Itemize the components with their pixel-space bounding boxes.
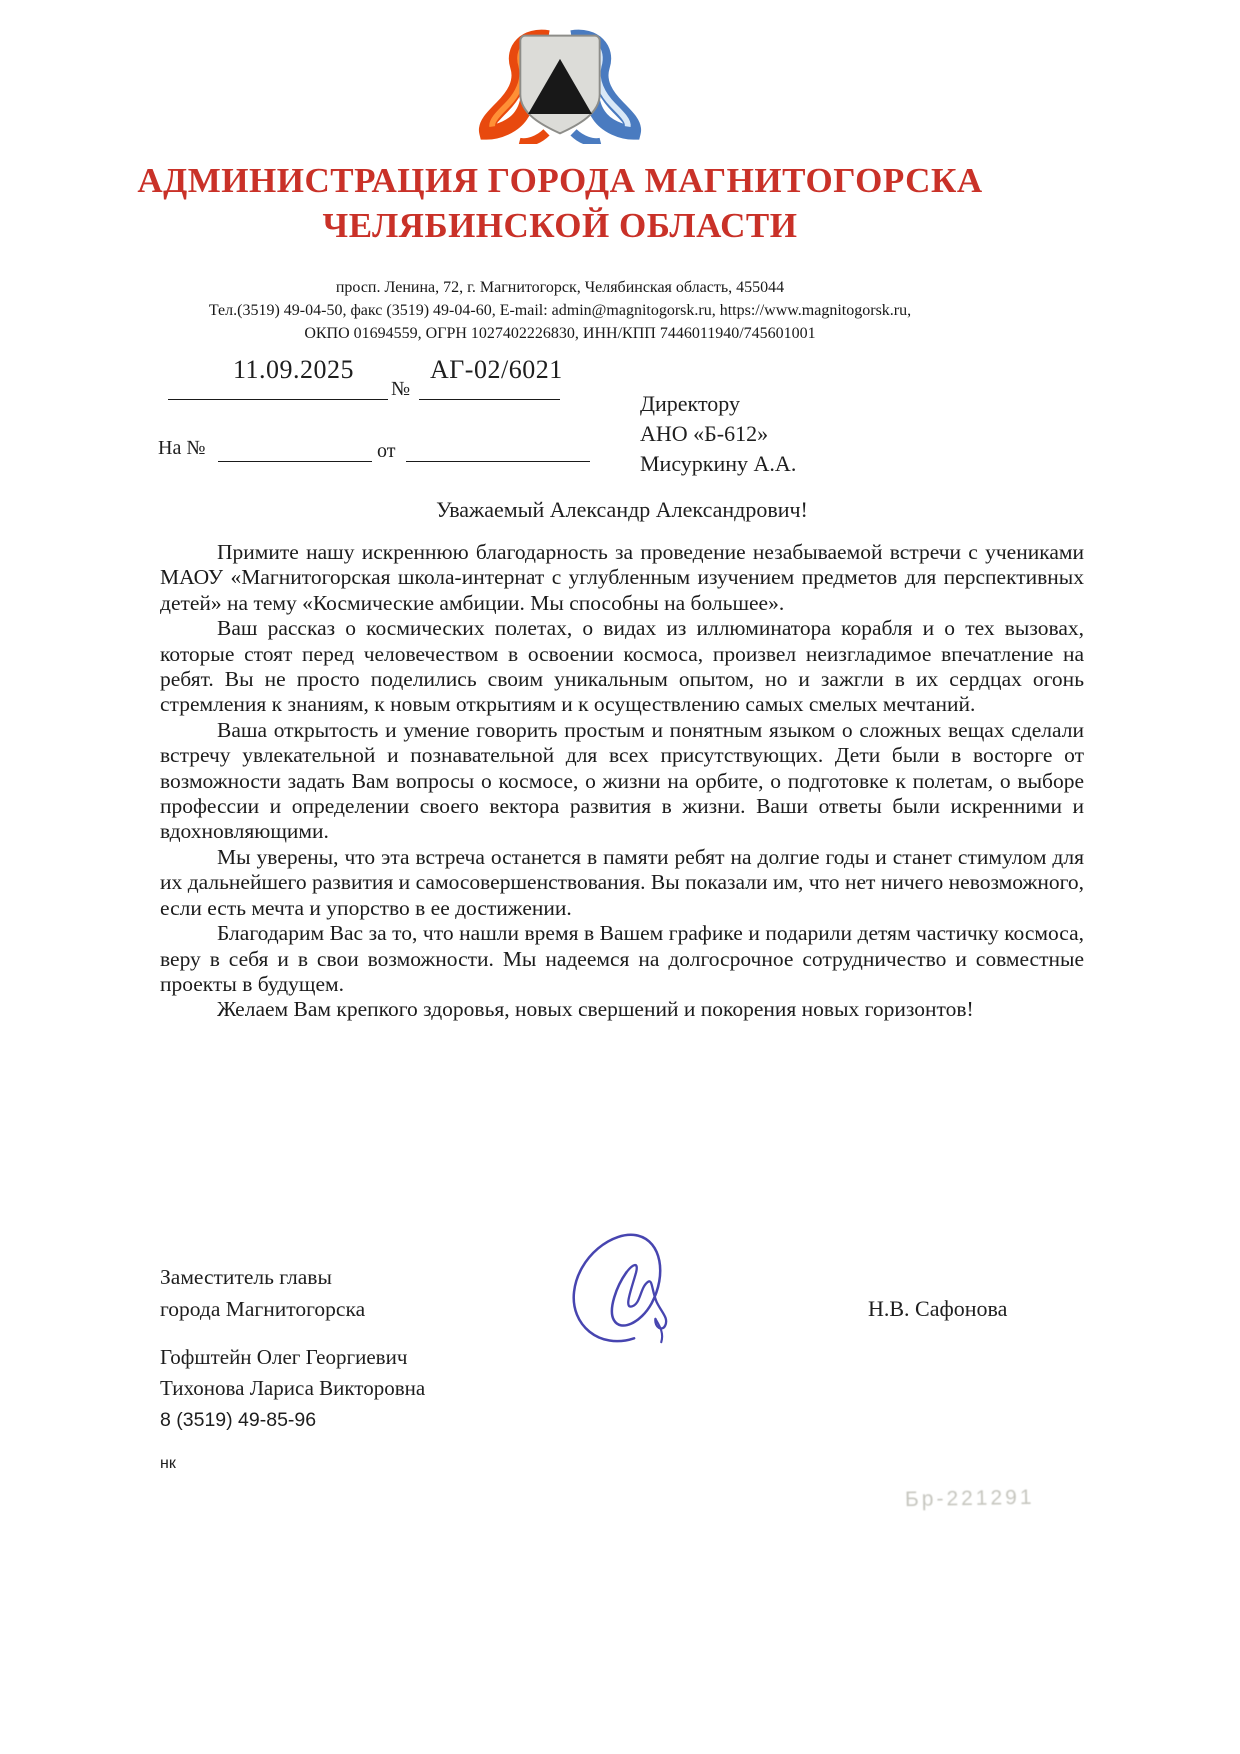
handwritten-signature [545,1222,700,1353]
scan-stamp-mark: Бр-221291 [905,1486,1035,1512]
addressee-name: Мисуркину А.А. [640,449,796,479]
salutation: Уважаемый Александр Александрович! [160,497,1084,523]
letter-date: 11.09.2025 [233,355,354,385]
signer-name: Н.В. Сафонова [868,1296,1007,1322]
coat-of-arms-icon [460,24,660,144]
signature-ink-icon [545,1222,700,1348]
reply-from-label: от [377,440,395,463]
org-info: просп. Ленина, 72, г. Магнитогорск, Челя… [0,276,1120,345]
body-paragraph: Примите нашу искреннюю благодарность за … [160,540,1084,616]
letter-number: АГ-02/6021 [430,355,563,385]
org-name-line2: ЧЕЛЯБИНСКОЙ ОБЛАСТИ [0,203,1120,248]
numero-sign: № [391,378,410,401]
clerk-initials: нк [160,1449,425,1480]
letter-page: АДМИНИСТРАЦИЯ ГОРОДА МАГНИТОГОРСКА ЧЕЛЯБ… [0,0,1240,1754]
reply-to-label: На № [158,437,205,460]
executor-phone: 8 (3519) 49-85-96 [160,1405,425,1436]
body-paragraph: Благодарим Вас за то, что нашли время в … [160,921,1084,997]
reply-date-underline [406,461,590,462]
date-underline [168,399,388,400]
body-paragraph: Мы уверены, что эта встреча останется в … [160,845,1084,921]
org-address: просп. Ленина, 72, г. Магнитогорск, Челя… [0,276,1120,299]
executors-block: Гофштейн Олег Георгиевич Тихонова Лариса… [160,1342,425,1479]
executor-name-1: Гофштейн Олег Георгиевич [160,1342,425,1373]
signer-position: Заместитель главы города Магнитогорска [160,1261,365,1325]
body-paragraph: Желаем Вам крепкого здоровья, новых свер… [160,997,1084,1022]
signer-position-line1: Заместитель главы [160,1261,365,1293]
letter-body: Уважаемый Александр Александрович! Прими… [160,497,1084,1023]
letterhead: АДМИНИСТРАЦИЯ ГОРОДА МАГНИТОГОРСКА ЧЕЛЯБ… [0,24,1120,345]
org-codes: ОКПО 01694559, ОГРН 1027402226830, ИНН/К… [0,322,1120,345]
addressee-block: Директору АНО «Б-612» Мисуркину А.А. [640,389,796,479]
addressee-position: Директору [640,389,796,419]
signer-position-line2: города Магнитогорска [160,1293,365,1325]
org-contacts: Тел.(3519) 49-04-50, факс (3519) 49-04-6… [0,299,1120,322]
number-underline [419,399,560,400]
body-paragraph: Ваш рассказ о космических полетах, о вид… [160,616,1084,718]
org-name-line1: АДМИНИСТРАЦИЯ ГОРОДА МАГНИТОГОРСКА [0,158,1120,203]
executor-name-2: Тихонова Лариса Викторовна [160,1373,425,1404]
reply-number-underline [218,461,372,462]
addressee-organization: АНО «Б-612» [640,419,796,449]
body-paragraph: Ваша открытость и умение говорить просты… [160,718,1084,845]
org-name: АДМИНИСТРАЦИЯ ГОРОДА МАГНИТОГОРСКА ЧЕЛЯБ… [0,158,1120,248]
